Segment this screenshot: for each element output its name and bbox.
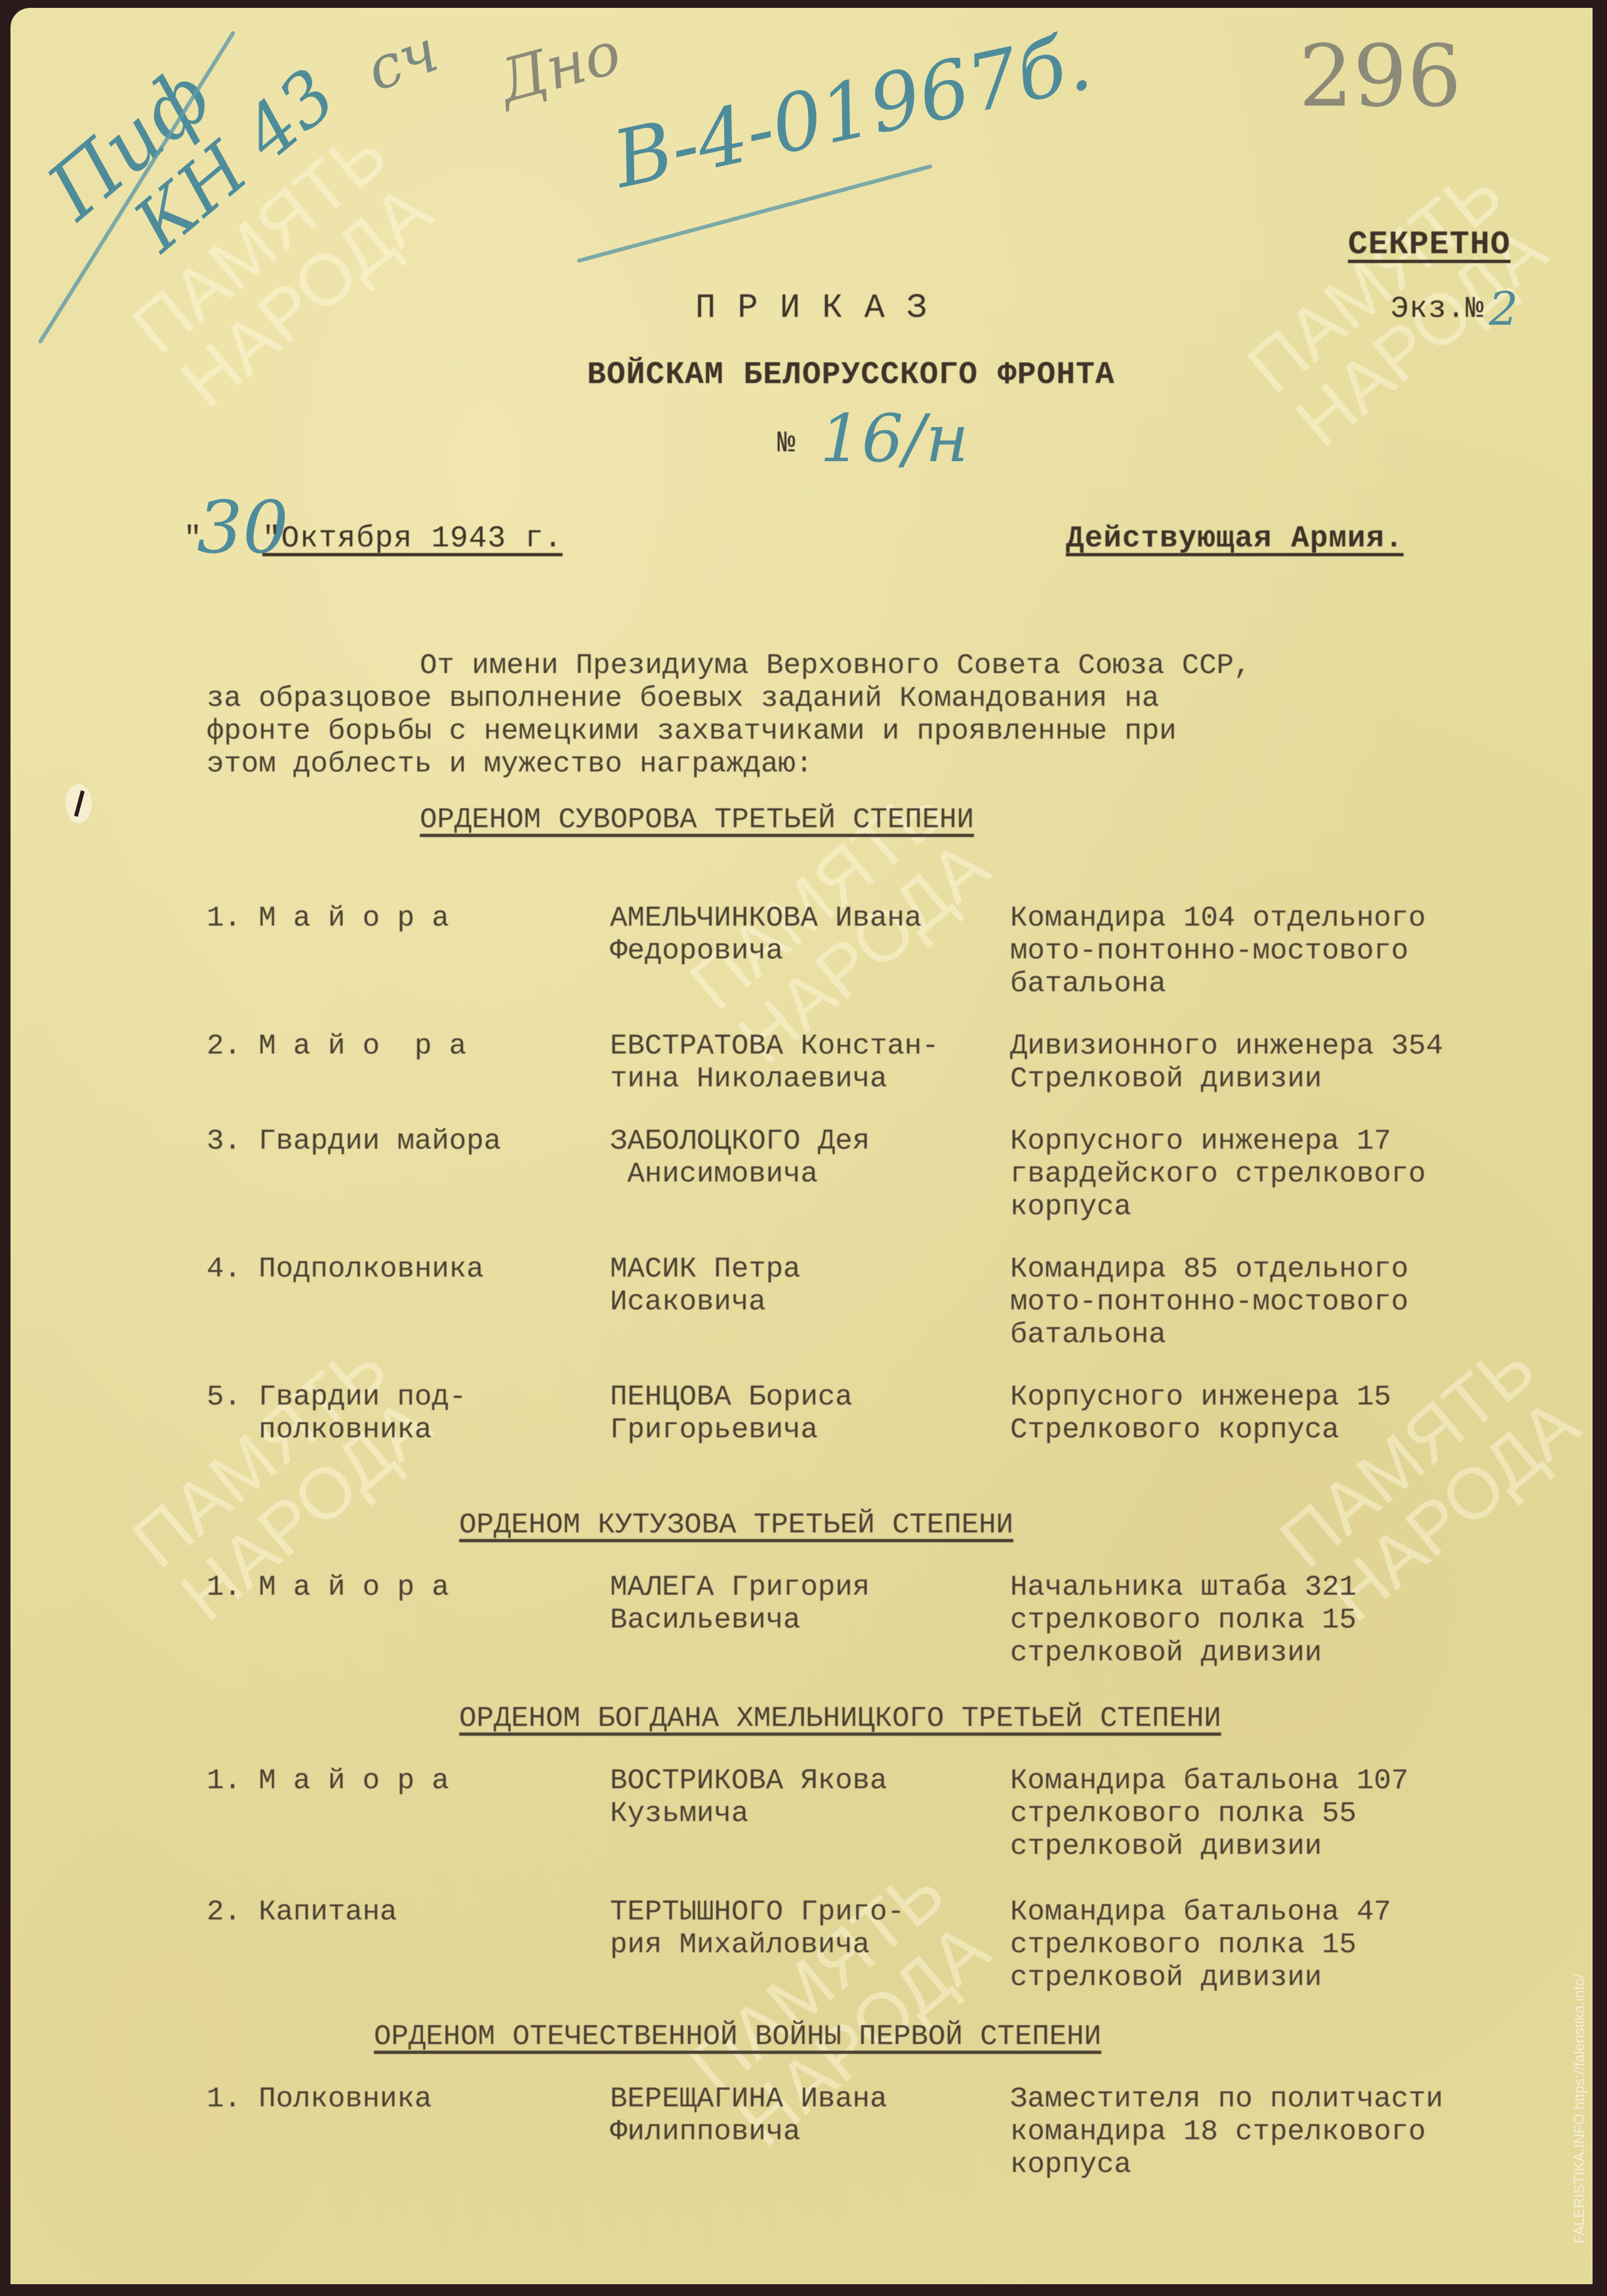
document-title: П Р И К А З — [695, 289, 927, 327]
punch-hole — [66, 784, 92, 823]
award-rank: 4. Подполковника — [207, 1253, 483, 1286]
award-name: ТЕРТЫШНОГО Григо- рия Михайловича — [610, 1896, 905, 1961]
copy-label: Экз.№ — [1391, 292, 1484, 326]
award-name: ВЕРЕЩАГИНА Ивана Филипповича — [610, 2083, 887, 2148]
award-rank: 1. М а й о р а — [207, 902, 449, 935]
source-credit: FALERISTIKA.INFO https://faleristika.inf… — [1571, 1974, 1588, 2244]
section-heading: ОРДЕНОМ БОГДАНА ХМЕЛЬНИЦКОГО ТРЕТЬЕЙ СТЕ… — [459, 1702, 1221, 1735]
preamble-line: фронте борьбы с немецкими захватчиками и… — [207, 715, 1177, 748]
location: Действующая Армия. — [1066, 522, 1404, 556]
award-position: Командира батальона 47 стрелкового полка… — [1010, 1896, 1391, 1994]
award-name: ЗАБОЛОЦКОГО Дея Анисимовича — [610, 1125, 870, 1191]
section-heading: ОРДЕНОМ КУТУЗОВА ТРЕТЬЕЙ СТЕПЕНИ — [459, 1509, 1013, 1542]
document-subtitle: ВОЙСКАМ БЕЛОРУССКОГО ФРОНТА — [587, 358, 1115, 393]
award-name: ПЕНЦОВА Бориса Григорьевича — [610, 1381, 853, 1446]
award-rank: 1. Полковника — [207, 2083, 432, 2116]
award-name: МАЛЕГА Григория Васильевича — [610, 1571, 870, 1637]
award-name: ЕВСТРАТОВА Констан- тина Николаевича — [610, 1030, 939, 1096]
copy-number: 2 — [1489, 282, 1518, 336]
award-rank: 3. Гвардии майора — [207, 1125, 501, 1158]
award-name: ВОСТРИКОВА Якова Кузьмича — [610, 1765, 887, 1830]
award-name: АМЕЛЬЧИНКОВА Ивана Федоровича — [610, 902, 922, 968]
preamble-line: этом доблесть и мужество награждаю: — [207, 748, 813, 781]
award-name: МАСИК Петра Исаковича — [610, 1253, 800, 1319]
award-position: Командира батальона 107 стрелкового полк… — [1010, 1765, 1408, 1863]
award-rank: 1. М а й о р а — [207, 1765, 449, 1797]
preamble-line: От имени Президиума Верховного Совета Со… — [420, 649, 1251, 682]
date-text: "Октября 1943 г. — [262, 522, 563, 556]
preamble-line: за образцовое выполнение боевых заданий … — [207, 682, 1159, 715]
award-position: Командира 104 отдельного мото-понтонно-м… — [1010, 902, 1426, 1000]
section-heading: ОРДЕНОМ ОТЕЧЕСТВЕННОЙ ВОЙНЫ ПЕРВОЙ СТЕПЕ… — [374, 2020, 1101, 2053]
award-rank: 2. Капитана — [207, 1896, 397, 1929]
award-rank: 5. Гвардии под- полковника — [207, 1381, 466, 1446]
award-position: Корпусного инженера 17 гвардейского стре… — [1010, 1125, 1426, 1223]
order-number: 16/н — [820, 400, 969, 477]
secrecy-stamp: СЕКРЕТНО — [1348, 226, 1511, 264]
award-position: Заместителя по политчасти командира 18 с… — [1010, 2083, 1443, 2181]
award-rank: 1. М а й о р а — [207, 1571, 449, 1604]
page-number: 296 — [1299, 26, 1461, 126]
section-heading: ОРДЕНОМ СУВОРОВА ТРЕТЬЕЙ СТЕПЕНИ — [420, 804, 974, 836]
award-position: Начальника штаба 321 стрелкового полка 1… — [1010, 1571, 1356, 1670]
award-rank: 2. М а й о р а — [207, 1030, 466, 1063]
award-position: Корпусного инженера 15 Стрелкового корпу… — [1010, 1381, 1391, 1446]
award-position: Дивизионного инженера 354 Стрелковой див… — [1010, 1030, 1443, 1096]
award-position: Командира 85 отдельного мото-понтонно-мо… — [1010, 1253, 1408, 1351]
order-number-label: № — [777, 426, 796, 461]
